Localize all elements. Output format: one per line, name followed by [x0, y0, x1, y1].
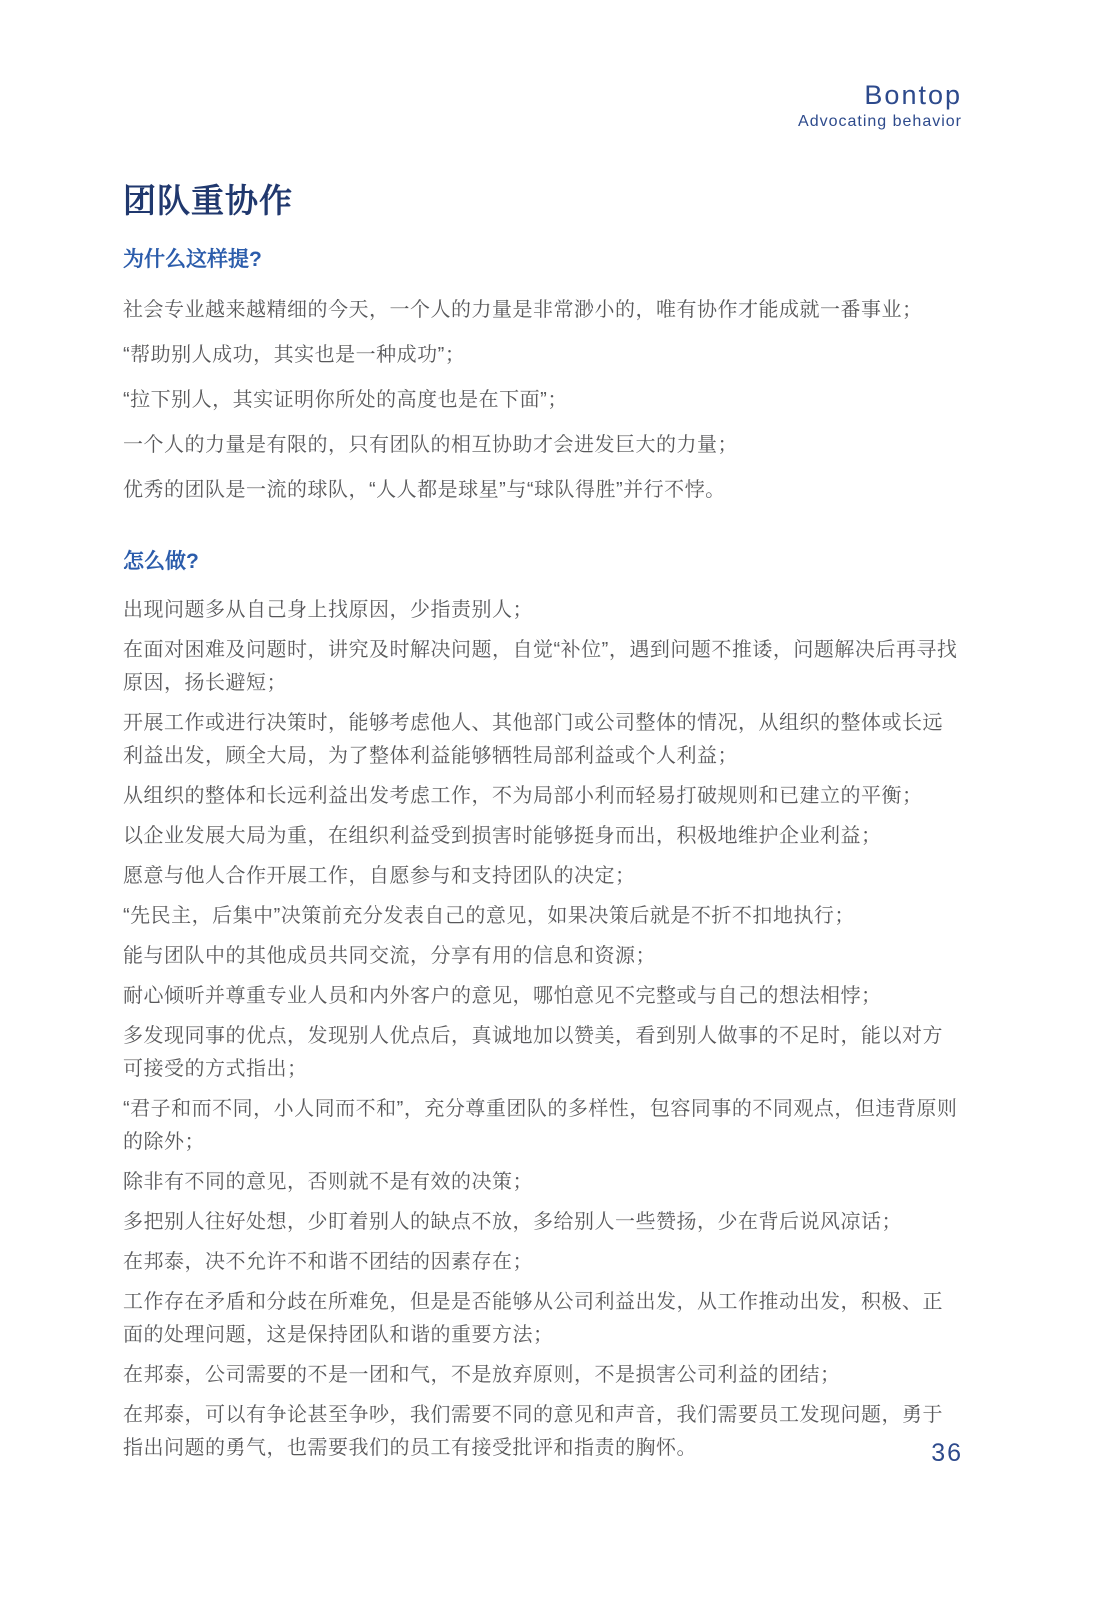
paragraph: 社会专业越来越精细的今天，一个人的力量是非常渺小的，唯有协作才能成就一番事业；: [123, 294, 962, 327]
paragraph: 优秀的团队是一流的球队，“人人都是球星”与“球队得胜”并行不悖。: [123, 474, 962, 507]
section-why-heading: 为什么这样提?: [123, 247, 962, 272]
paragraph: 能与团队中的其他成员共同交流，分享有用的信息和资源；: [123, 940, 962, 973]
paragraph: 多发现同事的优点，发现别人优点后，真诚地加以赞美，看到别人做事的不足时，能以对方…: [123, 1020, 962, 1086]
page-title: 团队重协作: [123, 181, 962, 221]
paragraph: 在邦泰，可以有争论甚至争吵，我们需要不同的意见和声音，我们需要员工发现问题，勇于…: [123, 1399, 962, 1465]
paragraph: “君子和而不同，小人同而不和”，充分尊重团队的多样性，包容同事的不同观点，但违背…: [123, 1093, 962, 1159]
paragraph: 一个人的力量是有限的，只有团队的相互协助才会进发巨大的力量；: [123, 429, 962, 462]
paragraph: 愿意与他人合作开展工作，自愿参与和支持团队的决定；: [123, 860, 962, 893]
paragraph: “拉下别人，其实证明你所处的高度也是在下面”；: [123, 384, 962, 417]
paragraph: 耐心倾听并尊重专业人员和内外客户的意见，哪怕意见不完整或与自己的想法相悖；: [123, 980, 962, 1013]
paragraph: 以企业发展大局为重，在组织利益受到损害时能够挺身而出，积极地维护企业利益；: [123, 820, 962, 853]
section-how: 怎么做? 出现问题多从自己身上找原因，少指责别人； 在面对困难及问题时，讲究及时…: [123, 549, 962, 1465]
paragraph: 出现问题多从自己身上找原因，少指责别人；: [123, 594, 962, 627]
paragraph: 开展工作或进行决策时，能够考虑他人、其他部门或公司整体的情况，从组织的整体或长远…: [123, 707, 962, 773]
document-page: Bontop Advocating behavior 团队重协作 为什么这样提?…: [0, 0, 1093, 1600]
paragraph: 工作存在矛盾和分歧在所难免，但是是否能够从公司利益出发，从工作推动出发，积极、正…: [123, 1286, 962, 1352]
section-why: 为什么这样提? 社会专业越来越精细的今天，一个人的力量是非常渺小的，唯有协作才能…: [123, 247, 962, 507]
page-header: Bontop Advocating behavior: [123, 80, 962, 131]
brand-name: Bontop: [123, 80, 962, 111]
paragraph: 在邦泰，决不允许不和谐不团结的因素存在；: [123, 1246, 962, 1279]
paragraph: 除非有不同的意见，否则就不是有效的决策；: [123, 1166, 962, 1199]
paragraph: 多把别人往好处想，少盯着别人的缺点不放，多给别人一些赞扬，少在背后说风凉话；: [123, 1206, 962, 1239]
paragraph: 在邦泰，公司需要的不是一团和气，不是放弃原则，不是损害公司利益的团结；: [123, 1359, 962, 1392]
paragraph: “先民主，后集中”决策前充分发表自己的意见，如果决策后就是不折不扣地执行；: [123, 900, 962, 933]
section-how-heading: 怎么做?: [123, 549, 962, 574]
page-number: 36: [931, 1439, 963, 1468]
paragraph: 在面对困难及问题时，讲究及时解决问题，自觉“补位”，遇到问题不推诿，问题解决后再…: [123, 634, 962, 700]
brand-tagline: Advocating behavior: [123, 113, 962, 131]
paragraph: “帮助别人成功，其实也是一种成功”；: [123, 339, 962, 372]
paragraph: 从组织的整体和长远利益出发考虑工作，不为局部小利而轻易打破规则和已建立的平衡；: [123, 780, 962, 813]
